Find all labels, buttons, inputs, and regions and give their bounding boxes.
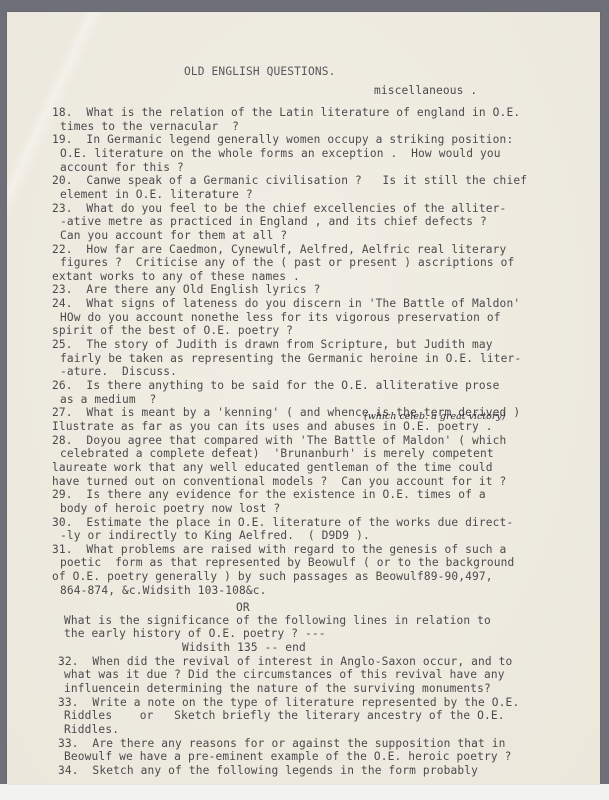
text-line: 23. Are there any Old English lyrics ?	[52, 283, 321, 297]
text-line: fairly be taken as representing the Germ…	[60, 352, 521, 366]
text-line: 26. Is there anything to be said for the…	[52, 379, 500, 393]
text-line: 34. Sketch any of the following legends …	[58, 764, 478, 778]
text-line: account for this ?	[60, 161, 184, 175]
text-line: What is the significance of the followin…	[64, 614, 491, 628]
text-line: Widsith 135 -- end	[182, 641, 306, 655]
text-line: 22. How far are Caedmon, Cynewulf, Aelfr…	[52, 243, 506, 257]
text-line: -ature. Discuss.	[60, 365, 177, 379]
text-line: spirit of the best of O.E. poetry ?	[52, 324, 293, 338]
text-line: Beowulf we have a pre-eminent example of…	[64, 750, 512, 764]
text-line: 25. The story of Judith is drawn from Sc…	[52, 338, 493, 352]
text-line: extant works to any of these names .	[52, 270, 300, 284]
text-line: as a medium ?	[60, 393, 156, 407]
text-line: the early history of O.E. poetry ? ---	[64, 627, 326, 641]
background-surface	[0, 784, 609, 800]
text-line: 33. Are there any reasons for or against…	[58, 737, 506, 751]
text-line: what was it due ? Did the circumstances …	[64, 668, 505, 682]
document-subtitle: miscellaneous .	[374, 84, 477, 98]
text-line: 31. What problems are raised with regard…	[52, 543, 506, 557]
text-line: celebrated a complete defeat) 'Brunanbur…	[60, 447, 494, 461]
text-line: 32. When did the revival of interest in …	[58, 655, 512, 669]
text-line: element in O.E. literature ?	[60, 188, 253, 202]
text-line: 30. Estimate the place in O.E. literatur…	[52, 516, 513, 530]
text-line: poetic form as that represented by Beowu…	[60, 556, 514, 570]
text-line: laureate work that any well educated gen…	[52, 461, 493, 475]
text-line: Riddles or Sketch briefly the literary a…	[64, 709, 505, 723]
text-line: 28. Doyou agree that compared with 'The …	[52, 434, 506, 448]
text-line: 24. What signs of lateness do you discer…	[52, 297, 520, 311]
text-line: 20. Canwe speak of a Germanic civilisati…	[52, 174, 527, 188]
text-line: 23. What do you feel to be the chief exc…	[52, 202, 506, 216]
text-line: OR	[236, 601, 250, 615]
text-line: Can you account for them at all ?	[60, 229, 287, 243]
text-line: O.E. literature on the whole forms an ex…	[60, 147, 501, 161]
text-line: times to the vernacular ?	[60, 120, 239, 134]
document-title: OLD ENGLISH QUESTIONS.	[184, 65, 335, 79]
text-line: HOw do you account nonethe less for its …	[60, 311, 501, 325]
text-line: -ly or indirectly to King Aelfred. ( D9D…	[60, 529, 370, 543]
text-line: 19. In Germanic legend generally women o…	[52, 133, 513, 147]
text-line: 18. What is the relation of the Latin li…	[52, 106, 520, 120]
text-line: figures ? Criticise any of the ( past or…	[60, 256, 514, 270]
text-line: of O.E. poetry generally ) by such passa…	[52, 570, 493, 584]
text-line: 864-874, &c.Widsith 103-108&c.	[60, 584, 267, 598]
text-line: body of heroic poetry now lost ?	[60, 502, 280, 516]
text-line: 33. Write a note on the type of literatu…	[58, 696, 519, 710]
text-line: influencein determining the nature of th…	[64, 682, 491, 696]
text-line: 29. Is there any evidence for the existe…	[52, 488, 486, 502]
text-line: Riddles.	[64, 723, 119, 737]
text-line: have turned out on conventional models ?…	[52, 475, 506, 489]
typewritten-page: OLD ENGLISH QUESTIONS. miscellaneous . 1…	[7, 12, 600, 784]
text-line: -ative metre as practiced in England , a…	[60, 215, 487, 229]
handwritten-annotation: (which celeb. a great victory)	[364, 411, 505, 422]
